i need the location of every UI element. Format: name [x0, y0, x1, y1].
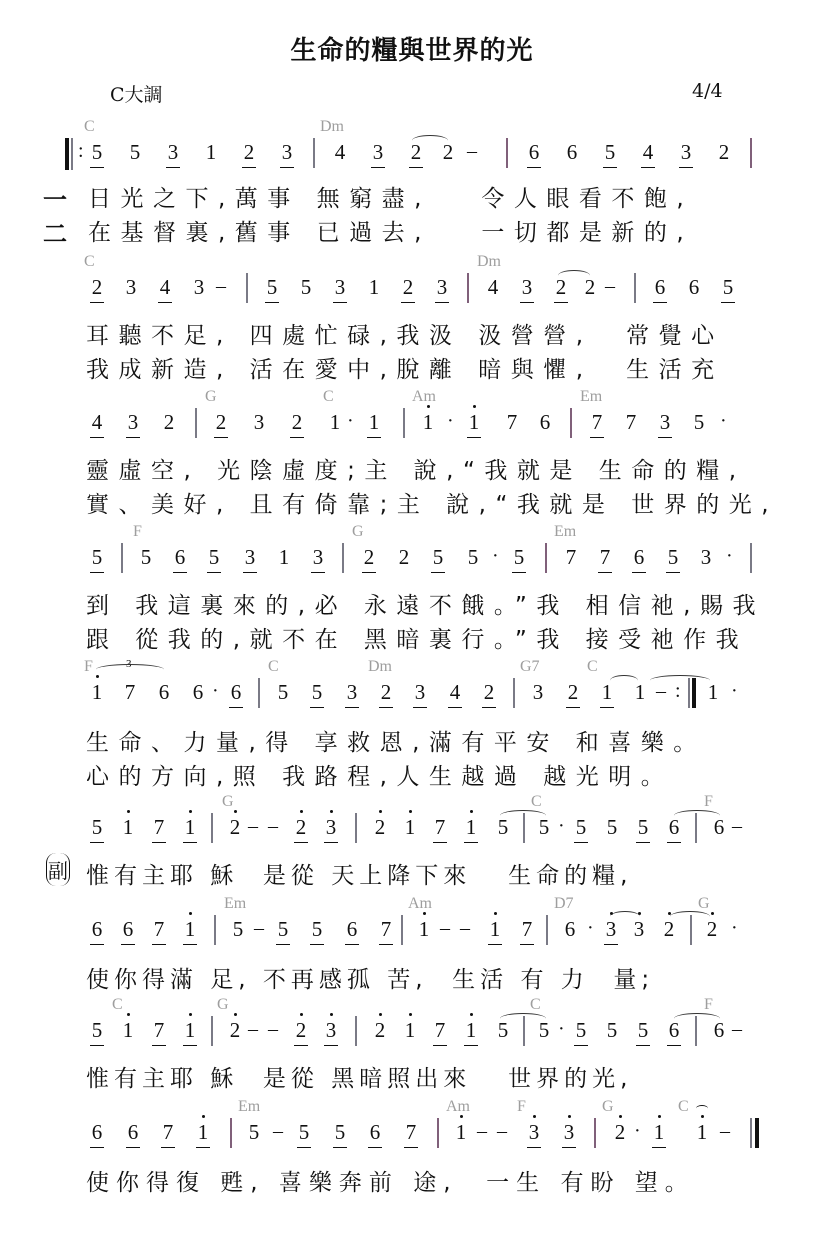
- dot: ·: [212, 680, 219, 703]
- note: 4: [88, 410, 106, 435]
- repeat-start-barline: [65, 138, 69, 170]
- barline: [71, 138, 73, 170]
- refrain-label: 副: [46, 853, 70, 886]
- lyrics-refrain: 惟有主耶 穌 是從 天上降下來 生命的糧,: [86, 857, 633, 890]
- lyrics-verse-2: 心的方向,照 我路程,人生越過 越光明。: [86, 758, 673, 791]
- note: 1: [401, 1018, 419, 1043]
- note: 1: [202, 140, 220, 165]
- lyrics-refrain: 惟有主耶 穌 是從 黑暗照出來 世界的光,: [86, 1060, 633, 1093]
- note: 3: [124, 410, 142, 435]
- note: 5: [308, 680, 326, 705]
- note: 2: [480, 680, 498, 705]
- note: 7: [596, 545, 614, 570]
- note: 2: [371, 1018, 389, 1043]
- dash: –: [440, 917, 450, 940]
- barline: [342, 543, 344, 573]
- note: 6: [366, 1120, 384, 1145]
- note: 5: [88, 140, 106, 165]
- barline: [355, 1016, 357, 1046]
- barline: [401, 915, 403, 945]
- barline: [513, 678, 515, 708]
- note: 6: [563, 140, 581, 165]
- note: 7: [503, 410, 521, 435]
- key-signature: C大調: [110, 80, 163, 107]
- note: 3: [164, 140, 182, 165]
- note: 4: [331, 140, 349, 165]
- barline: [523, 813, 525, 843]
- note: 3: [322, 815, 340, 840]
- note: 3: [433, 275, 451, 300]
- note: 5: [331, 1120, 349, 1145]
- dash: –: [268, 1018, 278, 1041]
- chord-symbol: Em: [554, 523, 576, 541]
- note: 7: [518, 917, 536, 942]
- note: 5: [274, 917, 292, 942]
- chord-symbol: Dm: [320, 118, 344, 136]
- dot: ·: [634, 1120, 641, 1143]
- barline: [121, 543, 123, 573]
- note: 5: [603, 1018, 621, 1043]
- chord-symbol: F: [517, 1098, 526, 1116]
- lyrics-verse-1: 到 我這裏來的,必 永遠不餓。”我 相信祂,賜我: [86, 587, 765, 620]
- dash: –: [248, 1018, 258, 1041]
- barline: [313, 138, 315, 168]
- barline: [545, 543, 547, 573]
- note: 1: [181, 917, 199, 942]
- chord-symbol: C: [112, 996, 123, 1014]
- chord-symbol: F: [704, 793, 713, 811]
- note: 2: [703, 917, 721, 942]
- note: 1: [693, 1120, 711, 1145]
- note: 7: [588, 410, 606, 435]
- note: 1: [486, 917, 504, 942]
- note: 7: [121, 680, 139, 705]
- lyrics-verse-2: 在基督裏,舊事 已過去, 一切都是新的,: [88, 214, 693, 247]
- note: 6: [710, 815, 728, 840]
- barline: [523, 1016, 525, 1046]
- note: 5: [572, 1018, 590, 1043]
- note: 1: [119, 815, 137, 840]
- barline: [355, 813, 357, 843]
- note: 5: [88, 545, 106, 570]
- chord-symbol: Dm: [368, 658, 392, 676]
- note: 5: [719, 275, 737, 300]
- dash: –: [497, 1120, 507, 1143]
- chord-symbol: Em: [238, 1098, 260, 1116]
- note: 6: [88, 917, 106, 942]
- lyrics-refrain: 使你得復 甦, 喜樂奔前 途, 一生 有盼 望。: [86, 1164, 695, 1197]
- chord-symbol: Em: [224, 895, 246, 913]
- final-barline: [755, 1118, 759, 1148]
- note: 7: [150, 917, 168, 942]
- chord-symbol: Am: [446, 1098, 470, 1116]
- dash: –: [656, 680, 666, 703]
- note: 3: [518, 275, 536, 300]
- lyrics-verse-1: 日光之下,萬事 無窮盡, 令人眼看不飽,: [88, 180, 693, 213]
- note: 5: [690, 410, 708, 435]
- note: 5: [464, 545, 482, 570]
- note: 6: [88, 1120, 106, 1145]
- chord-symbol: C: [268, 658, 279, 676]
- note: 7: [150, 815, 168, 840]
- barline: [750, 138, 752, 168]
- note: 2: [226, 1018, 244, 1043]
- note: 5: [88, 815, 106, 840]
- barline: [546, 915, 548, 945]
- note: 1: [365, 410, 383, 435]
- note: 7: [431, 815, 449, 840]
- dash: –: [720, 1120, 730, 1143]
- chord-symbol: C: [531, 793, 542, 811]
- note: 4: [484, 275, 502, 300]
- note: 5: [295, 1120, 313, 1145]
- barline: [570, 408, 572, 438]
- barline: [750, 1118, 752, 1148]
- note: 2: [240, 140, 258, 165]
- note: 4: [156, 275, 174, 300]
- barline: [690, 915, 692, 945]
- time-signature: 4/4: [692, 80, 723, 102]
- barline: [258, 678, 260, 708]
- barline: [594, 1118, 596, 1148]
- note: 6: [630, 545, 648, 570]
- note: 3: [560, 1120, 578, 1145]
- note: 4: [446, 680, 464, 705]
- note: 2: [212, 410, 230, 435]
- note: 5: [429, 545, 447, 570]
- chord-symbol: G: [352, 523, 364, 541]
- note: 3: [630, 917, 648, 942]
- dot: ·: [492, 545, 499, 568]
- note: 5: [308, 917, 326, 942]
- note: 4: [639, 140, 657, 165]
- verse-number-1: 一: [43, 180, 67, 215]
- note: 7: [159, 1120, 177, 1145]
- barline: [214, 915, 216, 945]
- chord-symbol: C: [530, 996, 541, 1014]
- verse-number-2: 二: [43, 214, 67, 249]
- dash: –: [732, 1018, 742, 1041]
- note: 2: [226, 815, 244, 840]
- barline: [634, 273, 636, 303]
- note: 6: [119, 917, 137, 942]
- dash: –: [216, 275, 226, 298]
- barline: [695, 813, 697, 843]
- note: 1: [704, 680, 722, 705]
- note: 5: [137, 545, 155, 570]
- note: 6: [536, 410, 554, 435]
- barline: [437, 1118, 439, 1148]
- chord-symbol: G: [698, 895, 710, 913]
- song-title: 生命的糧與世界的光: [0, 30, 824, 67]
- barline: [246, 273, 248, 303]
- chord-symbol: F: [84, 658, 93, 676]
- note: 6: [155, 680, 173, 705]
- barline: [695, 1016, 697, 1046]
- note: 5: [274, 680, 292, 705]
- chord-symbol: G: [205, 388, 217, 406]
- chord-symbol: Am: [412, 388, 436, 406]
- note: 3: [309, 545, 327, 570]
- lyrics-refrain: 使你得滿 足, 不再感孤 苦, 生活 有 力 量;: [86, 961, 654, 994]
- note: 3: [656, 410, 674, 435]
- note: 3: [677, 140, 695, 165]
- note: 1: [88, 680, 106, 705]
- note: 5: [126, 140, 144, 165]
- note: 2: [292, 815, 310, 840]
- chord-symbol: C: [587, 658, 598, 676]
- note: 5: [535, 815, 553, 840]
- chord-symbol: C: [84, 253, 95, 271]
- note: 6: [227, 680, 245, 705]
- chord-symbol: C: [84, 118, 95, 136]
- note: 7: [431, 1018, 449, 1043]
- note: 1: [452, 1120, 470, 1145]
- repeat-colon: :: [78, 140, 84, 163]
- note: 6: [189, 680, 207, 705]
- barline: [750, 543, 752, 573]
- note: 6: [171, 545, 189, 570]
- dash: –: [605, 275, 615, 298]
- note: 7: [562, 545, 580, 570]
- chord-symbol: C: [678, 1098, 689, 1116]
- dot: ·: [731, 917, 738, 940]
- barline: [467, 273, 469, 303]
- note: 2: [439, 140, 457, 165]
- dot: ·: [720, 410, 727, 433]
- barline: [688, 678, 690, 708]
- note: 2: [377, 680, 395, 705]
- note: 2: [715, 140, 733, 165]
- note: 2: [399, 275, 417, 300]
- chord-symbol: G: [222, 793, 234, 811]
- note: 5: [634, 815, 652, 840]
- note: 1: [365, 275, 383, 300]
- note: 5: [229, 917, 247, 942]
- note: 5: [88, 1018, 106, 1043]
- note: 3: [529, 680, 547, 705]
- note: 5: [572, 815, 590, 840]
- note: 5: [297, 275, 315, 300]
- note: 2: [611, 1120, 629, 1145]
- note: 2: [581, 275, 599, 300]
- chord-symbol: G: [217, 996, 229, 1014]
- note: 3: [190, 275, 208, 300]
- note: 3: [122, 275, 140, 300]
- dash: –: [460, 917, 470, 940]
- note: 3: [343, 680, 361, 705]
- lyrics-verse-1: 靈虛空, 光陰虛度;主 說,“我就是 生命的糧,: [86, 452, 746, 485]
- note: 1: [419, 410, 437, 435]
- dot: ·: [587, 917, 594, 940]
- note: 6: [343, 917, 361, 942]
- note: 5: [535, 1018, 553, 1043]
- note: 2: [160, 410, 178, 435]
- chord-symbol: Dm: [477, 253, 501, 271]
- chord-symbol: G: [602, 1098, 614, 1116]
- note: 5: [634, 1018, 652, 1043]
- chord-symbol: C: [323, 388, 334, 406]
- note: 5: [510, 545, 528, 570]
- chord-symbol: F: [704, 996, 713, 1014]
- note: 5: [664, 545, 682, 570]
- note: 1: [462, 815, 480, 840]
- dot: ·: [731, 680, 738, 703]
- chord-symbol: Em: [580, 388, 602, 406]
- note: 6: [685, 275, 703, 300]
- note: 3: [525, 1120, 543, 1145]
- lyrics-verse-1: 耳聽不足, 四處忙碌,我汲 汲營營, 常覺心: [86, 317, 724, 350]
- note: 3: [250, 410, 268, 435]
- note: 3: [411, 680, 429, 705]
- lyrics-verse-1: 生命、力量,得 享救恩,滿有平安 和喜樂。: [86, 724, 706, 757]
- fermata-icon: [696, 1105, 708, 1112]
- note: 2: [288, 410, 306, 435]
- dash: –: [273, 1120, 283, 1143]
- barline: [230, 1118, 232, 1148]
- note: 6: [710, 1018, 728, 1043]
- note: 3: [697, 545, 715, 570]
- dash: –: [732, 815, 742, 838]
- note: 2: [360, 545, 378, 570]
- repeat-end-barline: [692, 678, 696, 708]
- note: 3: [331, 275, 349, 300]
- dash: –: [254, 917, 264, 940]
- barline: [211, 1016, 213, 1046]
- dot: ·: [558, 1018, 565, 1041]
- chord-symbol: G7: [520, 658, 540, 676]
- note: 1: [415, 917, 433, 942]
- dot: ·: [447, 410, 454, 433]
- note: 2: [292, 1018, 310, 1043]
- dash: –: [248, 815, 258, 838]
- note: 5: [263, 275, 281, 300]
- note: 7: [377, 917, 395, 942]
- note: 1: [194, 1120, 212, 1145]
- chord-symbol: D7: [554, 895, 574, 913]
- note: 1: [119, 1018, 137, 1043]
- dot: ·: [726, 545, 733, 568]
- note: 1: [631, 680, 649, 705]
- chord-symbol: F: [133, 523, 142, 541]
- note: 6: [525, 140, 543, 165]
- note: 2: [371, 815, 389, 840]
- dot: ·: [347, 410, 354, 433]
- note: 3: [278, 140, 296, 165]
- barline: [506, 138, 508, 168]
- chord-symbol: Am: [408, 895, 432, 913]
- triplet-bracket: [96, 664, 164, 675]
- note: 6: [651, 275, 669, 300]
- note: 7: [402, 1120, 420, 1145]
- note: 7: [150, 1018, 168, 1043]
- note: 2: [88, 275, 106, 300]
- note: 2: [564, 680, 582, 705]
- barline: [403, 408, 405, 438]
- barline: [211, 813, 213, 843]
- note: 1: [275, 545, 293, 570]
- note: 1: [181, 1018, 199, 1043]
- dash: –: [477, 1120, 487, 1143]
- repeat-colon: :: [675, 680, 681, 703]
- dash: –: [268, 815, 278, 838]
- note: 1: [650, 1120, 668, 1145]
- lyrics-verse-2: 跟 從我的,就不在 黑暗裏行。”我 接受祂作我: [86, 621, 748, 654]
- note: 5: [245, 1120, 263, 1145]
- note: 2: [395, 545, 413, 570]
- lyrics-verse-2: 我成新造, 活在愛中,脫離 暗與懼, 生活充: [86, 351, 724, 384]
- note: 7: [622, 410, 640, 435]
- note: 1: [181, 815, 199, 840]
- note: 3: [241, 545, 259, 570]
- note: 5: [601, 140, 619, 165]
- note: 3: [322, 1018, 340, 1043]
- note: 1: [465, 410, 483, 435]
- lyrics-verse-2: 實、美好, 且有倚靠;主 說,“我就是 世界的光,: [86, 486, 778, 519]
- note: 5: [205, 545, 223, 570]
- barline: [195, 408, 197, 438]
- note: 3: [369, 140, 387, 165]
- note: 6: [124, 1120, 142, 1145]
- note: 6: [561, 917, 579, 942]
- note: 1: [326, 410, 344, 435]
- note: 5: [603, 815, 621, 840]
- note: 1: [401, 815, 419, 840]
- dash: –: [467, 140, 477, 163]
- note: 1: [462, 1018, 480, 1043]
- dot: ·: [558, 815, 565, 838]
